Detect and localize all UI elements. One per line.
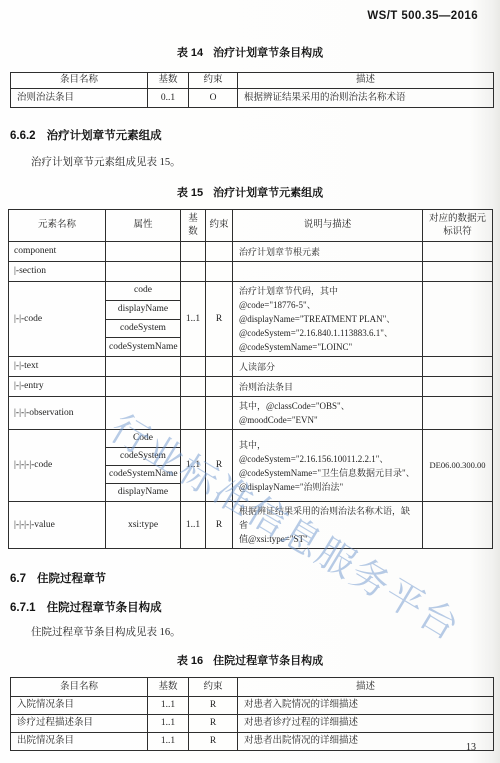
col-header-constraint: 约束 xyxy=(189,678,238,697)
cell-element-name: |-|-|-|-value xyxy=(9,502,106,549)
cell-description: 对患者诊疗过程的详细描述 xyxy=(238,715,494,733)
cell-element-name: |-|-entry xyxy=(9,377,106,397)
cell-element-name: |-|-text xyxy=(9,357,106,377)
cell-description: 其中， @codeSystem="2.16.156.10011.2.2.1"、 … xyxy=(233,430,423,502)
empty-cell xyxy=(181,357,206,377)
table-row-code: |-|-code code 1..1 R 治疗计划章节代码，其中 @code="… xyxy=(9,282,493,301)
empty-cell xyxy=(423,502,493,549)
empty-cell xyxy=(181,377,206,397)
cell-constraint: R xyxy=(189,733,238,751)
empty-cell xyxy=(206,377,233,397)
cell-attribute: codeSystemName xyxy=(106,338,181,357)
empty-cell xyxy=(423,282,493,357)
cell-description: 根据辨证结果采用的治则治法名称术语 xyxy=(238,89,494,108)
cell-entry-name: 治则治法条目 xyxy=(11,89,148,108)
cell-cardinality: 1..1 xyxy=(181,282,206,357)
table-row-obs-code: |-|-|-|-code Code 1..1 R 其中， @codeSystem… xyxy=(9,430,493,448)
cell-attribute: xsi:type xyxy=(106,502,181,549)
empty-cell xyxy=(181,397,206,430)
col-header-constraint: 约束 xyxy=(189,73,238,89)
table-row: 入院情况条目 1..1 R 对患者入院情况的详细描述 xyxy=(11,697,494,715)
empty-cell xyxy=(423,397,493,430)
cell-description: 治则治法条目 xyxy=(233,377,423,397)
empty-cell xyxy=(106,397,181,430)
col-header-entry-name: 条目名称 xyxy=(11,678,148,697)
cell-description: 人读部分 xyxy=(233,357,423,377)
empty-cell xyxy=(206,242,233,262)
cell-element-name: |-|-code xyxy=(9,282,106,357)
table-16: 条目名称 基数 约束 描述 入院情况条目 1..1 R 对患者入院情况的详细描述… xyxy=(10,677,494,751)
section-number: 6.7 xyxy=(10,573,26,585)
table15-title: 表 15治疗计划章节元素组成 xyxy=(0,184,500,200)
cell-attribute: displayName xyxy=(106,300,181,319)
section-6-6-2-heading: 6.6.2治疗计划章节元素组成 xyxy=(10,127,500,143)
empty-cell xyxy=(206,357,233,377)
table15-header-row: 元素名称 属性 基数 约束 说明与描述 对应的数据元标识符 xyxy=(9,210,493,242)
cell-description: 治疗计划章节根元素 xyxy=(233,242,423,262)
cell-attribute: code xyxy=(106,282,181,301)
cell-constraint: O xyxy=(189,89,238,108)
col-header-description: 描述 xyxy=(238,678,494,697)
empty-cell xyxy=(106,377,181,397)
cell-cardinality: 1..1 xyxy=(148,733,189,751)
cell-cardinality: 1..1 xyxy=(148,697,189,715)
table-14: 条目名称 基数 约束 描述 治则治法条目 0..1 O 根据辨证结果采用的治则治… xyxy=(10,72,494,108)
empty-cell xyxy=(423,377,493,397)
empty-cell xyxy=(206,262,233,282)
table-row-text: |-|-text 人读部分 xyxy=(9,357,493,377)
empty-cell xyxy=(423,357,493,377)
empty-cell xyxy=(423,262,493,282)
section-6-6-2-paragraph: 治疗计划章节元素组成见表 15。 xyxy=(31,156,500,170)
cell-cardinality: 1..1 xyxy=(181,502,206,549)
col-header-data-element-id: 对应的数据元标识符 xyxy=(423,210,493,242)
cell-attribute: codeSystemName xyxy=(106,466,181,484)
cell-constraint: R xyxy=(189,697,238,715)
table-row-section: |-section xyxy=(9,262,493,282)
cell-cardinality: 1..1 xyxy=(148,715,189,733)
empty-cell xyxy=(106,262,181,282)
table14-label: 表 14 xyxy=(177,47,203,59)
table-row-observation: |-|-|-observation 其中，@classCode="OBS"、 @… xyxy=(9,397,493,430)
section-number: 6.6.2 xyxy=(10,130,36,142)
cell-entry-name: 出院情况条目 xyxy=(11,733,148,751)
cell-description: 对患者入院情况的详细描述 xyxy=(238,697,494,715)
cell-constraint: R xyxy=(189,715,238,733)
cell-element-name: |-section xyxy=(9,262,106,282)
table-15: 元素名称 属性 基数 约束 说明与描述 对应的数据元标识符 component … xyxy=(8,209,493,549)
table15-title-text: 治疗计划章节元素组成 xyxy=(213,187,323,199)
table15-label: 表 15 xyxy=(177,187,203,199)
table16-title-text: 住院过程章节条目构成 xyxy=(213,655,323,667)
cell-constraint: R xyxy=(206,502,233,549)
cell-attribute: codeSystem xyxy=(106,448,181,466)
section-title: 治疗计划章节元素组成 xyxy=(47,130,162,142)
table-row: 治则治法条目 0..1 O 根据辨证结果采用的治则治法名称术语 xyxy=(11,89,494,108)
empty-cell xyxy=(181,242,206,262)
cell-constraint: R xyxy=(206,282,233,357)
cell-description: 治疗计划章节代码，其中 @code="18776-5"、 @displayNam… xyxy=(233,282,423,357)
section-title: 住院过程章节条目构成 xyxy=(47,602,162,614)
cell-entry-name: 诊疗过程描述条目 xyxy=(11,715,148,733)
section-title: 住院过程章节 xyxy=(37,573,106,585)
col-header-cardinality: 基数 xyxy=(148,678,189,697)
section-6-7-heading: 6.7住院过程章节 xyxy=(10,570,500,586)
standard-number: WS/T 500.35—2016 xyxy=(0,0,500,22)
cell-cardinality: 0..1 xyxy=(148,89,189,108)
cell-attribute: Code xyxy=(106,430,181,448)
page-number: 13 xyxy=(466,742,476,753)
cell-element-name: |-|-|-|-code xyxy=(9,430,106,502)
table-row-entry: |-|-entry 治则治法条目 xyxy=(9,377,493,397)
table-row-value: |-|-|-|-value xsi:type 1..1 R 根据辨证结果采用的治… xyxy=(9,502,493,549)
cell-constraint: R xyxy=(206,430,233,502)
table16-label: 表 16 xyxy=(177,655,203,667)
cell-description: 其中，@classCode="OBS"、 @moodCode="EVN" xyxy=(233,397,423,430)
cell-data-element-id: DE06.00.300.00 xyxy=(423,430,493,502)
empty-cell xyxy=(106,357,181,377)
col-header-description: 描述 xyxy=(238,73,494,89)
empty-cell xyxy=(106,242,181,262)
section-number: 6.7.1 xyxy=(10,602,36,614)
cell-description: 根据辨证结果采用的治则治法名称术语，缺省 值@xsi:type="ST" xyxy=(233,502,423,549)
section-6-7-1-paragraph: 住院过程章节条目构成见表 16。 xyxy=(31,626,500,640)
col-header-entry-name: 条目名称 xyxy=(11,73,148,89)
table14-title: 表 14治疗计划章节条目构成 xyxy=(0,44,500,60)
table16-header-row: 条目名称 基数 约束 描述 xyxy=(11,678,494,697)
document-page: WS/T 500.35—2016 行业标准信息服务平台 表 14治疗计划章节条目… xyxy=(0,0,500,763)
table14-title-text: 治疗计划章节条目构成 xyxy=(213,47,323,59)
table-row-component: component 治疗计划章节根元素 xyxy=(9,242,493,262)
cell-element-name: |-|-|-observation xyxy=(9,397,106,430)
cell-attribute: codeSystem xyxy=(106,319,181,338)
empty-cell xyxy=(206,397,233,430)
col-header-element-name: 元素名称 xyxy=(9,210,106,242)
cell-cardinality: 1..1 xyxy=(181,430,206,502)
empty-cell xyxy=(181,262,206,282)
cell-element-name: component xyxy=(9,242,106,262)
col-header-description: 说明与描述 xyxy=(233,210,423,242)
cell-attribute: displayName xyxy=(106,484,181,502)
cell-description: 对患者出院情况的详细描述 xyxy=(238,733,494,751)
table-row: 出院情况条目 1..1 R 对患者出院情况的详细描述 xyxy=(11,733,494,751)
col-header-cardinality: 基数 xyxy=(181,210,206,242)
empty-cell xyxy=(233,262,423,282)
section-6-7-1-heading: 6.7.1住院过程章节条目构成 xyxy=(10,599,500,615)
table14-header-row: 条目名称 基数 约束 描述 xyxy=(11,73,494,89)
empty-cell xyxy=(423,242,493,262)
col-header-attribute: 属性 xyxy=(106,210,181,242)
table16-title: 表 16住院过程章节条目构成 xyxy=(0,652,500,668)
col-header-cardinality: 基数 xyxy=(148,73,189,89)
col-header-constraint: 约束 xyxy=(206,210,233,242)
table-row: 诊疗过程描述条目 1..1 R 对患者诊疗过程的详细描述 xyxy=(11,715,494,733)
cell-entry-name: 入院情况条目 xyxy=(11,697,148,715)
